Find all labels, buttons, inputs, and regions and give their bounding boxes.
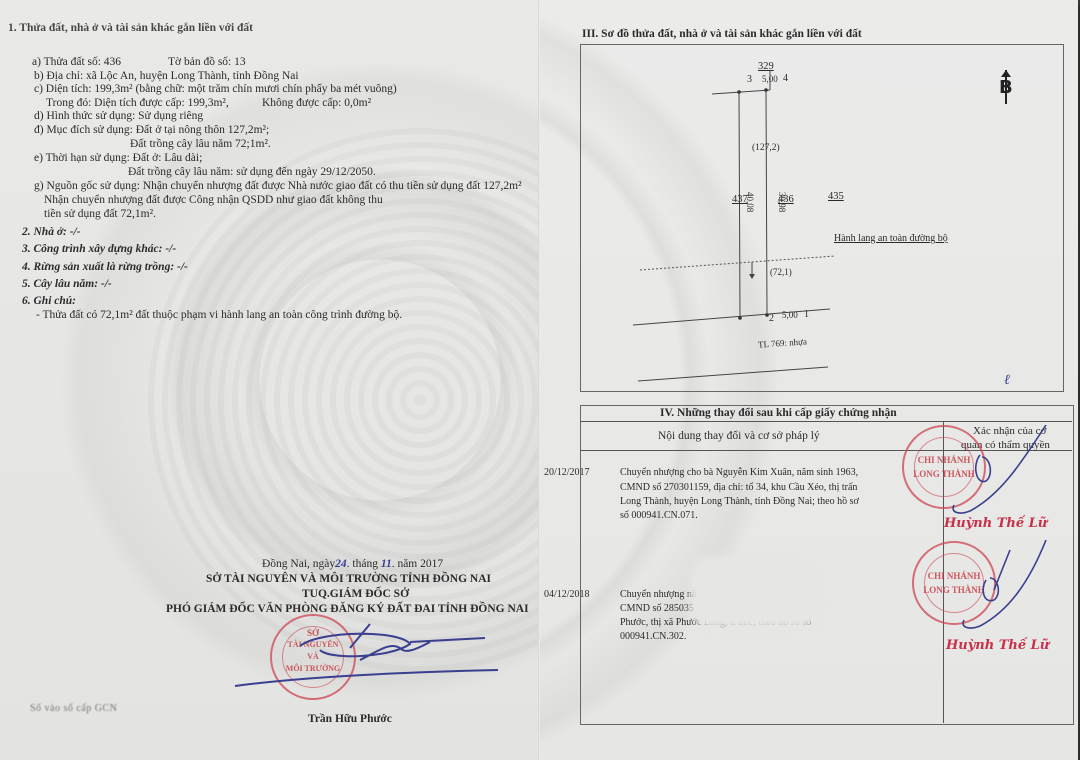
bottom-width: 5,00: [782, 309, 798, 322]
place-date: Đồng Nai, ngày24. tháng 11. năm 2017: [262, 558, 443, 571]
usage-term: e) Thời hạn sử dụng: Đất ở: Lâu dài;: [34, 152, 202, 165]
address: b) Địa chỉ: xã Lộc An, huyện Long Thành,…: [34, 70, 299, 83]
point-3: 3: [747, 73, 752, 86]
map-sheet-number: Tờ bản đồ số: 13: [168, 56, 246, 69]
area: c) Diện tích: 199,3m² (bằng chữ: một tră…: [34, 83, 397, 96]
residential-area: (127,2): [752, 142, 780, 155]
signer-title: PHÓ GIÁM ĐỐC VĂN PHÒNG ĐĂNG KÝ ĐẤT ĐAI T…: [166, 603, 529, 616]
officer-signature-name: Huỳnh Thế Lữ: [944, 516, 1047, 531]
point-2: 2: [769, 312, 774, 325]
usage-purpose-2: Đất trồng cây lâu năm 72;1m².: [130, 138, 271, 151]
parcel-label-east: 435: [828, 190, 844, 203]
diagram-title: III. Sơ đồ thửa đất, nhà ở và tài sản kh…: [582, 28, 862, 41]
initial-mark: ℓ: [1004, 374, 1010, 387]
section-title: 1. Thửa đất, nhà ở và tài sản khác gắn l…: [8, 22, 253, 35]
section-notes: 6. Ghi chú:: [22, 295, 76, 308]
change-text: Long Thành, huyện Long Thành, tỉnh Đồng …: [620, 495, 859, 508]
parcel-sketch: [580, 44, 1062, 390]
point-1: 1: [804, 308, 809, 321]
officer-signature-name: Huỳnh Thế Lữ: [946, 638, 1049, 653]
right-length: 39,98: [775, 192, 788, 212]
top-width: 5,00: [762, 73, 778, 86]
section-house: 2. Nhà ở: -/-: [22, 226, 81, 239]
parcel-label-north: 329: [758, 60, 774, 73]
handwritten-signature: [940, 540, 1050, 630]
right-page: III. Sơ đồ thửa đất, nhà ở và tài sản kh…: [540, 0, 1078, 760]
change-text: số 000941.CN.071.: [620, 509, 698, 522]
usage-origin-2: Nhận chuyển nhượng đất được Công nhận QS…: [44, 194, 383, 207]
change-text: 000941.CN.302.: [620, 630, 686, 643]
left-length: 40,08: [743, 192, 756, 212]
point-4: 4: [783, 72, 788, 85]
change-text: Chuyển nhượng cho bà Nguyễn Kim Xuân, nă…: [620, 466, 858, 479]
corridor-area: (72,1): [770, 266, 792, 279]
section-planted-forest: 4. Rừng sản xuất là rừng trồng: -/-: [22, 261, 188, 274]
area-granted: Trong đó: Diện tích được cấp: 199,3m²,: [46, 97, 229, 110]
signer-name: Trần Hữu Phước: [308, 713, 392, 726]
change-date: 04/12/2018: [544, 588, 590, 601]
change-text: CMND số 270301159, địa chỉ: tổ 34, khu C…: [620, 481, 857, 494]
left-page: 1. Thửa đất, nhà ở và tài sản khác gắn l…: [0, 0, 540, 760]
area-not-granted: Không được cấp: 0,0m²: [262, 97, 371, 110]
change-date: 20/12/2017: [544, 466, 590, 479]
corridor-label: Hành lang an toàn đường bộ: [834, 232, 948, 245]
usage-purpose: đ) Mục đích sử dụng: Đất ở tại nông thôn…: [34, 124, 269, 137]
north-arrow-icon: B: [996, 70, 1016, 104]
serial-number: Số vào sổ cấp GCN: [30, 702, 117, 715]
column-content-header: Nội dung thay đổi và cơ sở pháp lý: [658, 430, 820, 443]
handwritten-signature: [230, 620, 500, 690]
issuing-org: SỞ TÀI NGUYÊN VÀ MÔI TRƯỜNG TỈNH ĐỒNG NA…: [206, 573, 491, 586]
usage-origin-3: tiền sử dụng đất 72,1m².: [44, 208, 156, 221]
note-text: - Thửa đất có 72,1m² đất thuộc phạm vi h…: [36, 309, 402, 322]
redacted-region: [690, 556, 820, 628]
table-divider: [580, 421, 1072, 422]
usage-form: d) Hình thức sử dụng: Sử dụng riêng: [34, 110, 203, 123]
usage-term-2: Đất trồng cây lâu năm: sử dụng đến ngày …: [128, 166, 376, 179]
tuq-line: TUQ.GIÁM ĐỐC SỞ: [302, 588, 409, 601]
handwritten-signature: [920, 425, 1050, 515]
usage-origin: g) Nguồn gốc sử dụng: Nhận chuyển nhượng…: [34, 180, 522, 193]
changes-title: IV. Những thay đổi sau khi cấp giấy chứn…: [660, 407, 897, 420]
section-perennial-trees: 5. Cây lâu năm: -/-: [22, 278, 112, 291]
parcel-number: a) Thửa đất số: 436: [32, 56, 121, 69]
section-other-construction: 3. Công trình xây dựng khác: -/-: [22, 243, 176, 256]
